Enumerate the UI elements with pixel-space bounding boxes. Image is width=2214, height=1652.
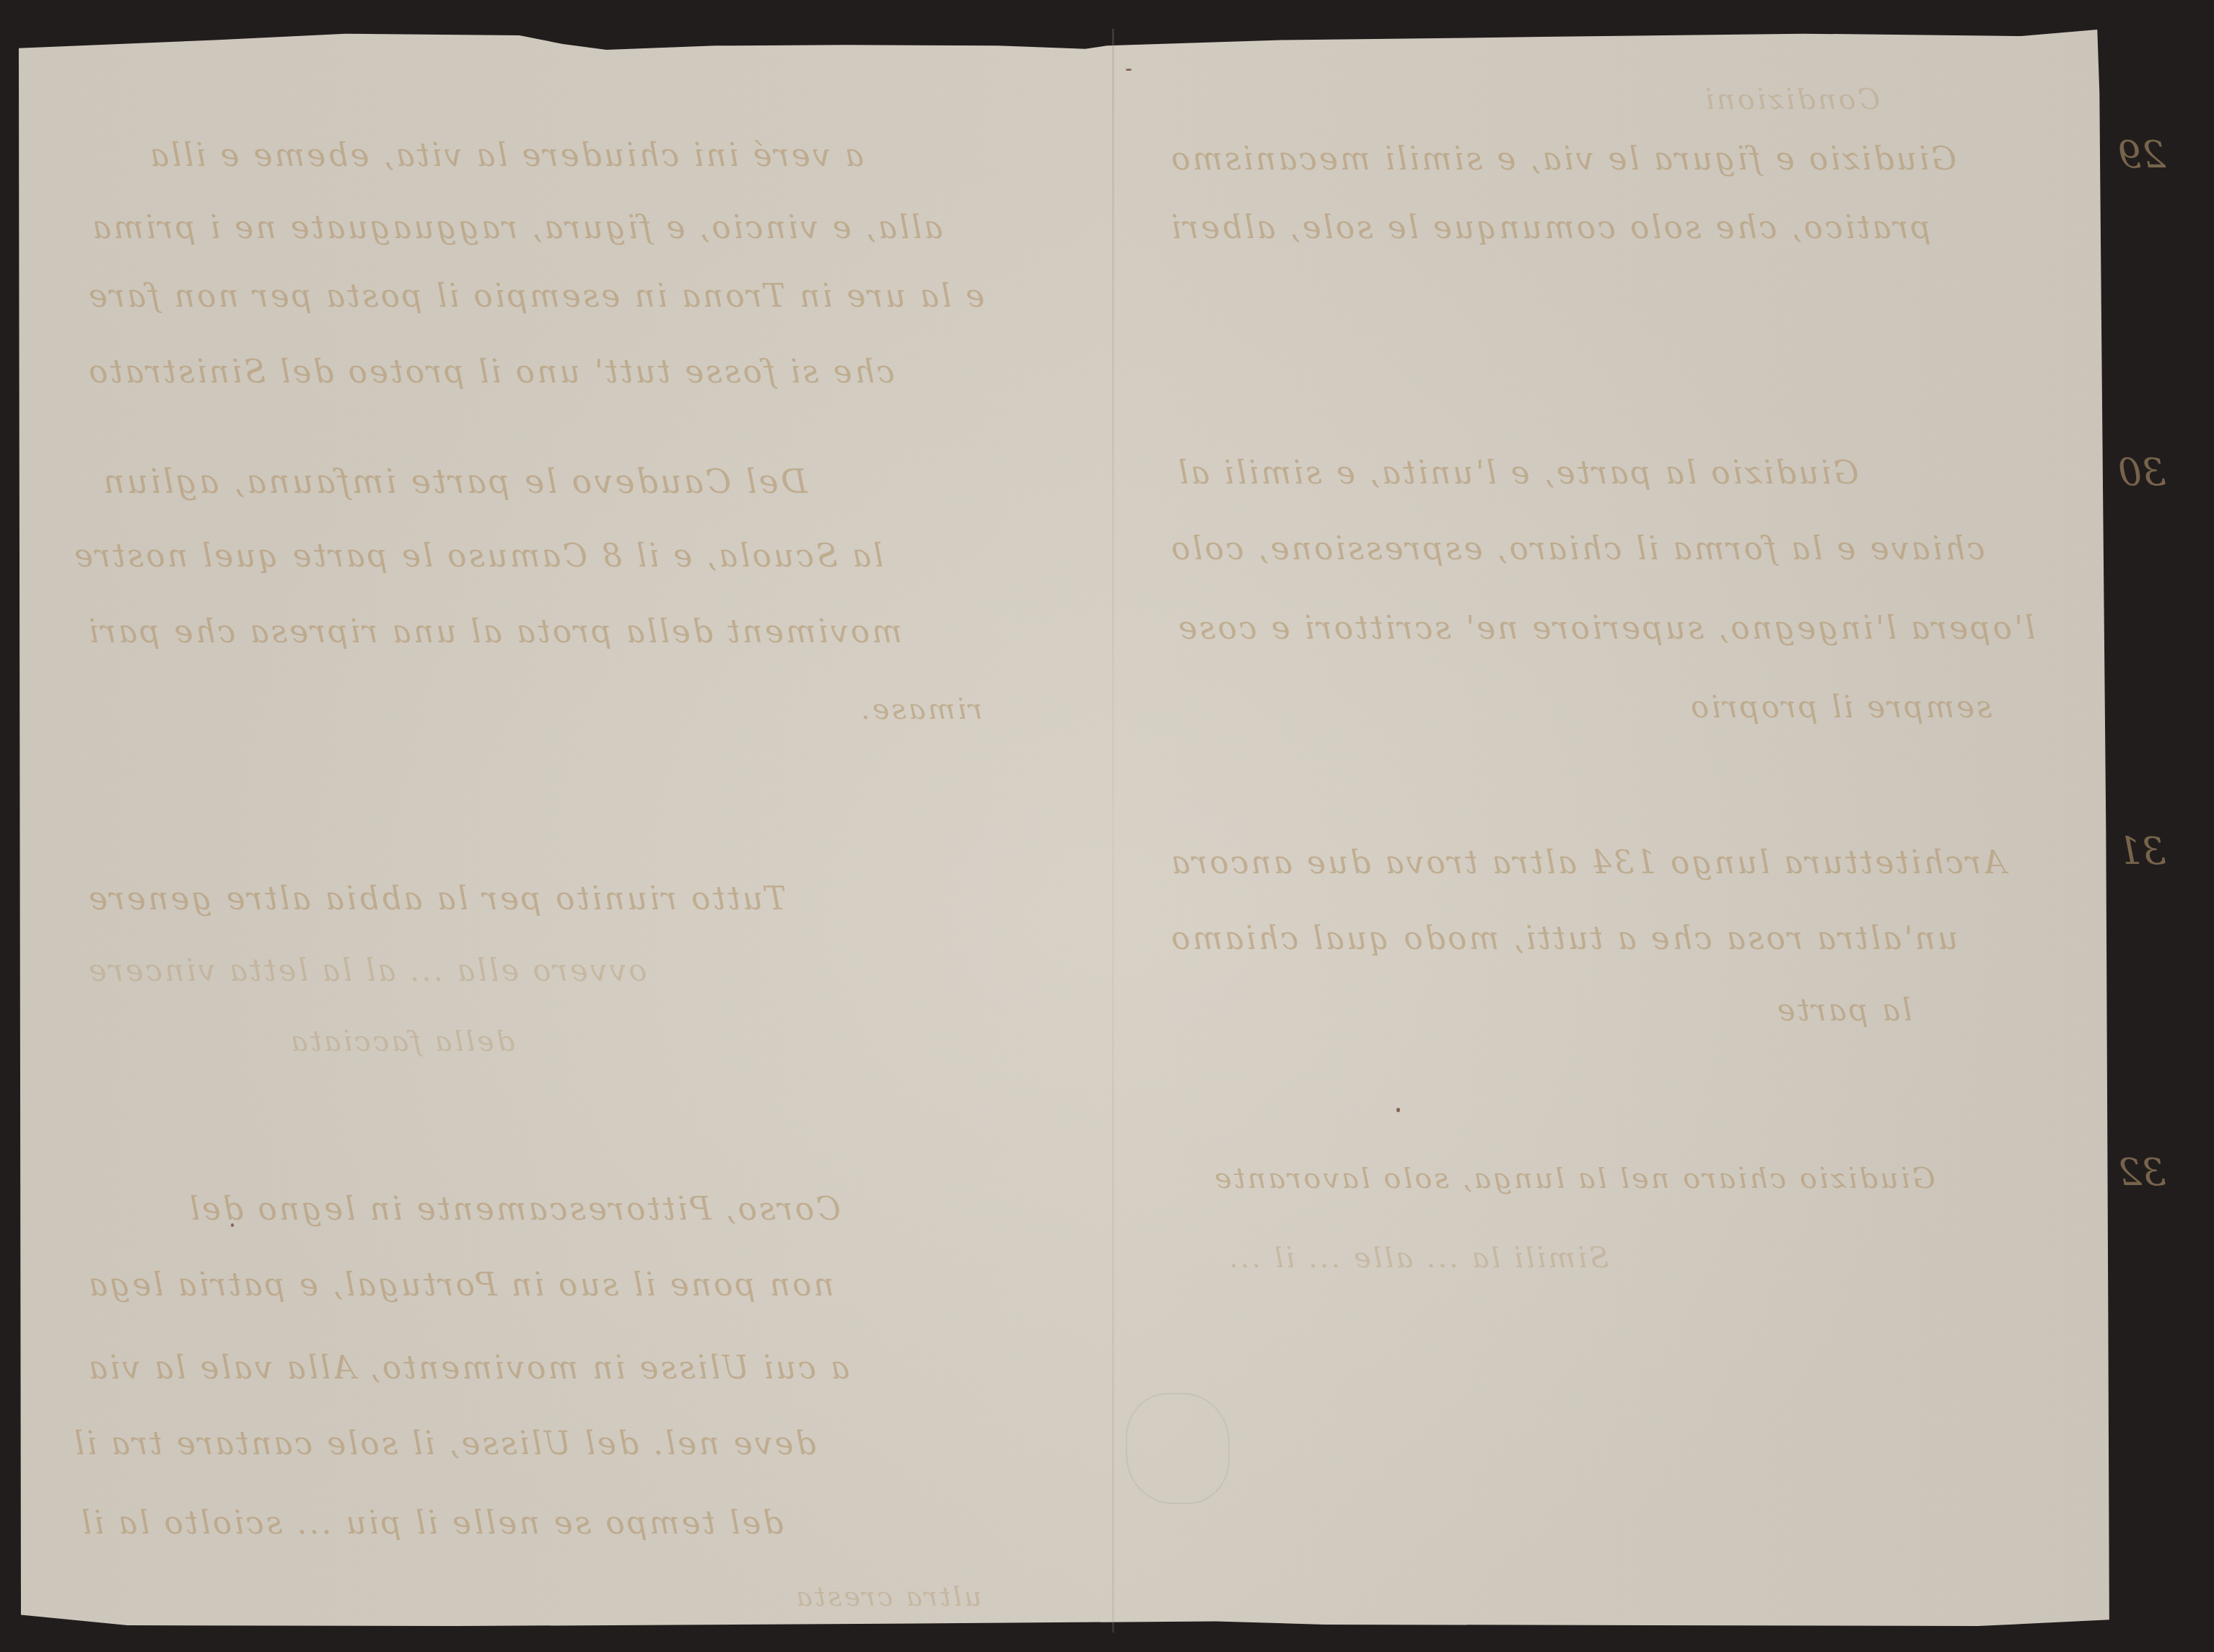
right-line: la parte	[1775, 992, 1912, 1028]
right-page-header: Condizioni	[1703, 83, 1880, 116]
left-line: la Scuola, e il 8 Camuso le parte quel n…	[72, 538, 883, 574]
right-line: Simili la ... alle ... il ...	[1227, 1241, 1609, 1275]
left-line: a veré ini chiudere la vita, ebeme e ill…	[148, 137, 864, 174]
left-line: Corso, Pittorescamente in legno del	[188, 1191, 841, 1228]
right-line: Giudizio chiaro nel la lunga, solo lavor…	[1212, 1162, 1935, 1195]
left-line: deve nel. del Ulisse, il sole cantare tr…	[72, 1425, 816, 1462]
entry-number: 29	[2118, 134, 2166, 177]
left-line: Tutto riunito per la abbia altre genere	[87, 880, 787, 917]
paper-speck	[1396, 1108, 1400, 1112]
right-line: l'opera l'ingegno, superiore ne' scritto…	[1176, 610, 2035, 647]
left-line: rimase.	[859, 693, 983, 726]
left-line: Del Caudevo le parte imfauna, agliun	[101, 462, 808, 501]
left-line: che si fosse tutt' uno il proteo del Sin…	[87, 354, 895, 390]
left-line: e la ure in Trona in esempio il posta pe…	[87, 278, 984, 315]
left-line: della facciata	[289, 1025, 515, 1058]
left-line: alla, e vincio, e figura, ragguaguate ne…	[90, 209, 942, 246]
entry-number: 30	[2118, 451, 2166, 494]
paper-speck	[1126, 69, 1132, 71]
entry-number: 32	[2118, 1151, 2166, 1194]
right-line: Giudizio e figura le via, e simili mecan…	[1169, 141, 1956, 178]
left-line: a cui Ulisse in movimento, Alla vale la …	[87, 1350, 849, 1386]
right-line: chiave e la forma il chiaro, espressione…	[1169, 530, 1985, 567]
left-line: non pone il suo in Portugal, e patria le…	[87, 1267, 834, 1303]
manuscript-paper	[19, 29, 2195, 1633]
center-fold-line	[1112, 29, 1114, 1633]
left-line: moviment della prota al una ripresa che …	[87, 613, 902, 650]
left-line: del tempo se nelle il piu ... sciolto la…	[79, 1505, 784, 1542]
right-line: pratico, che solo comunque le sole, albe…	[1169, 209, 1931, 246]
left-line: ovvero ella ... al la letta vincere	[87, 953, 647, 988]
paper-speck	[231, 1223, 234, 1227]
right-line: Architettura lungo 134 altra trova due a…	[1169, 844, 2006, 881]
right-line: un'altra rosa che a tutti, modo qual chi…	[1169, 920, 1958, 957]
right-line: Giudizio la parte, e l'unita, e simili a…	[1176, 455, 1859, 491]
left-line: ultra cresta	[794, 1581, 981, 1612]
right-line: sempre il proprio	[1689, 689, 1992, 725]
entry-number: 31	[2118, 830, 2166, 873]
faded-stamp-mark	[1126, 1393, 1230, 1504]
